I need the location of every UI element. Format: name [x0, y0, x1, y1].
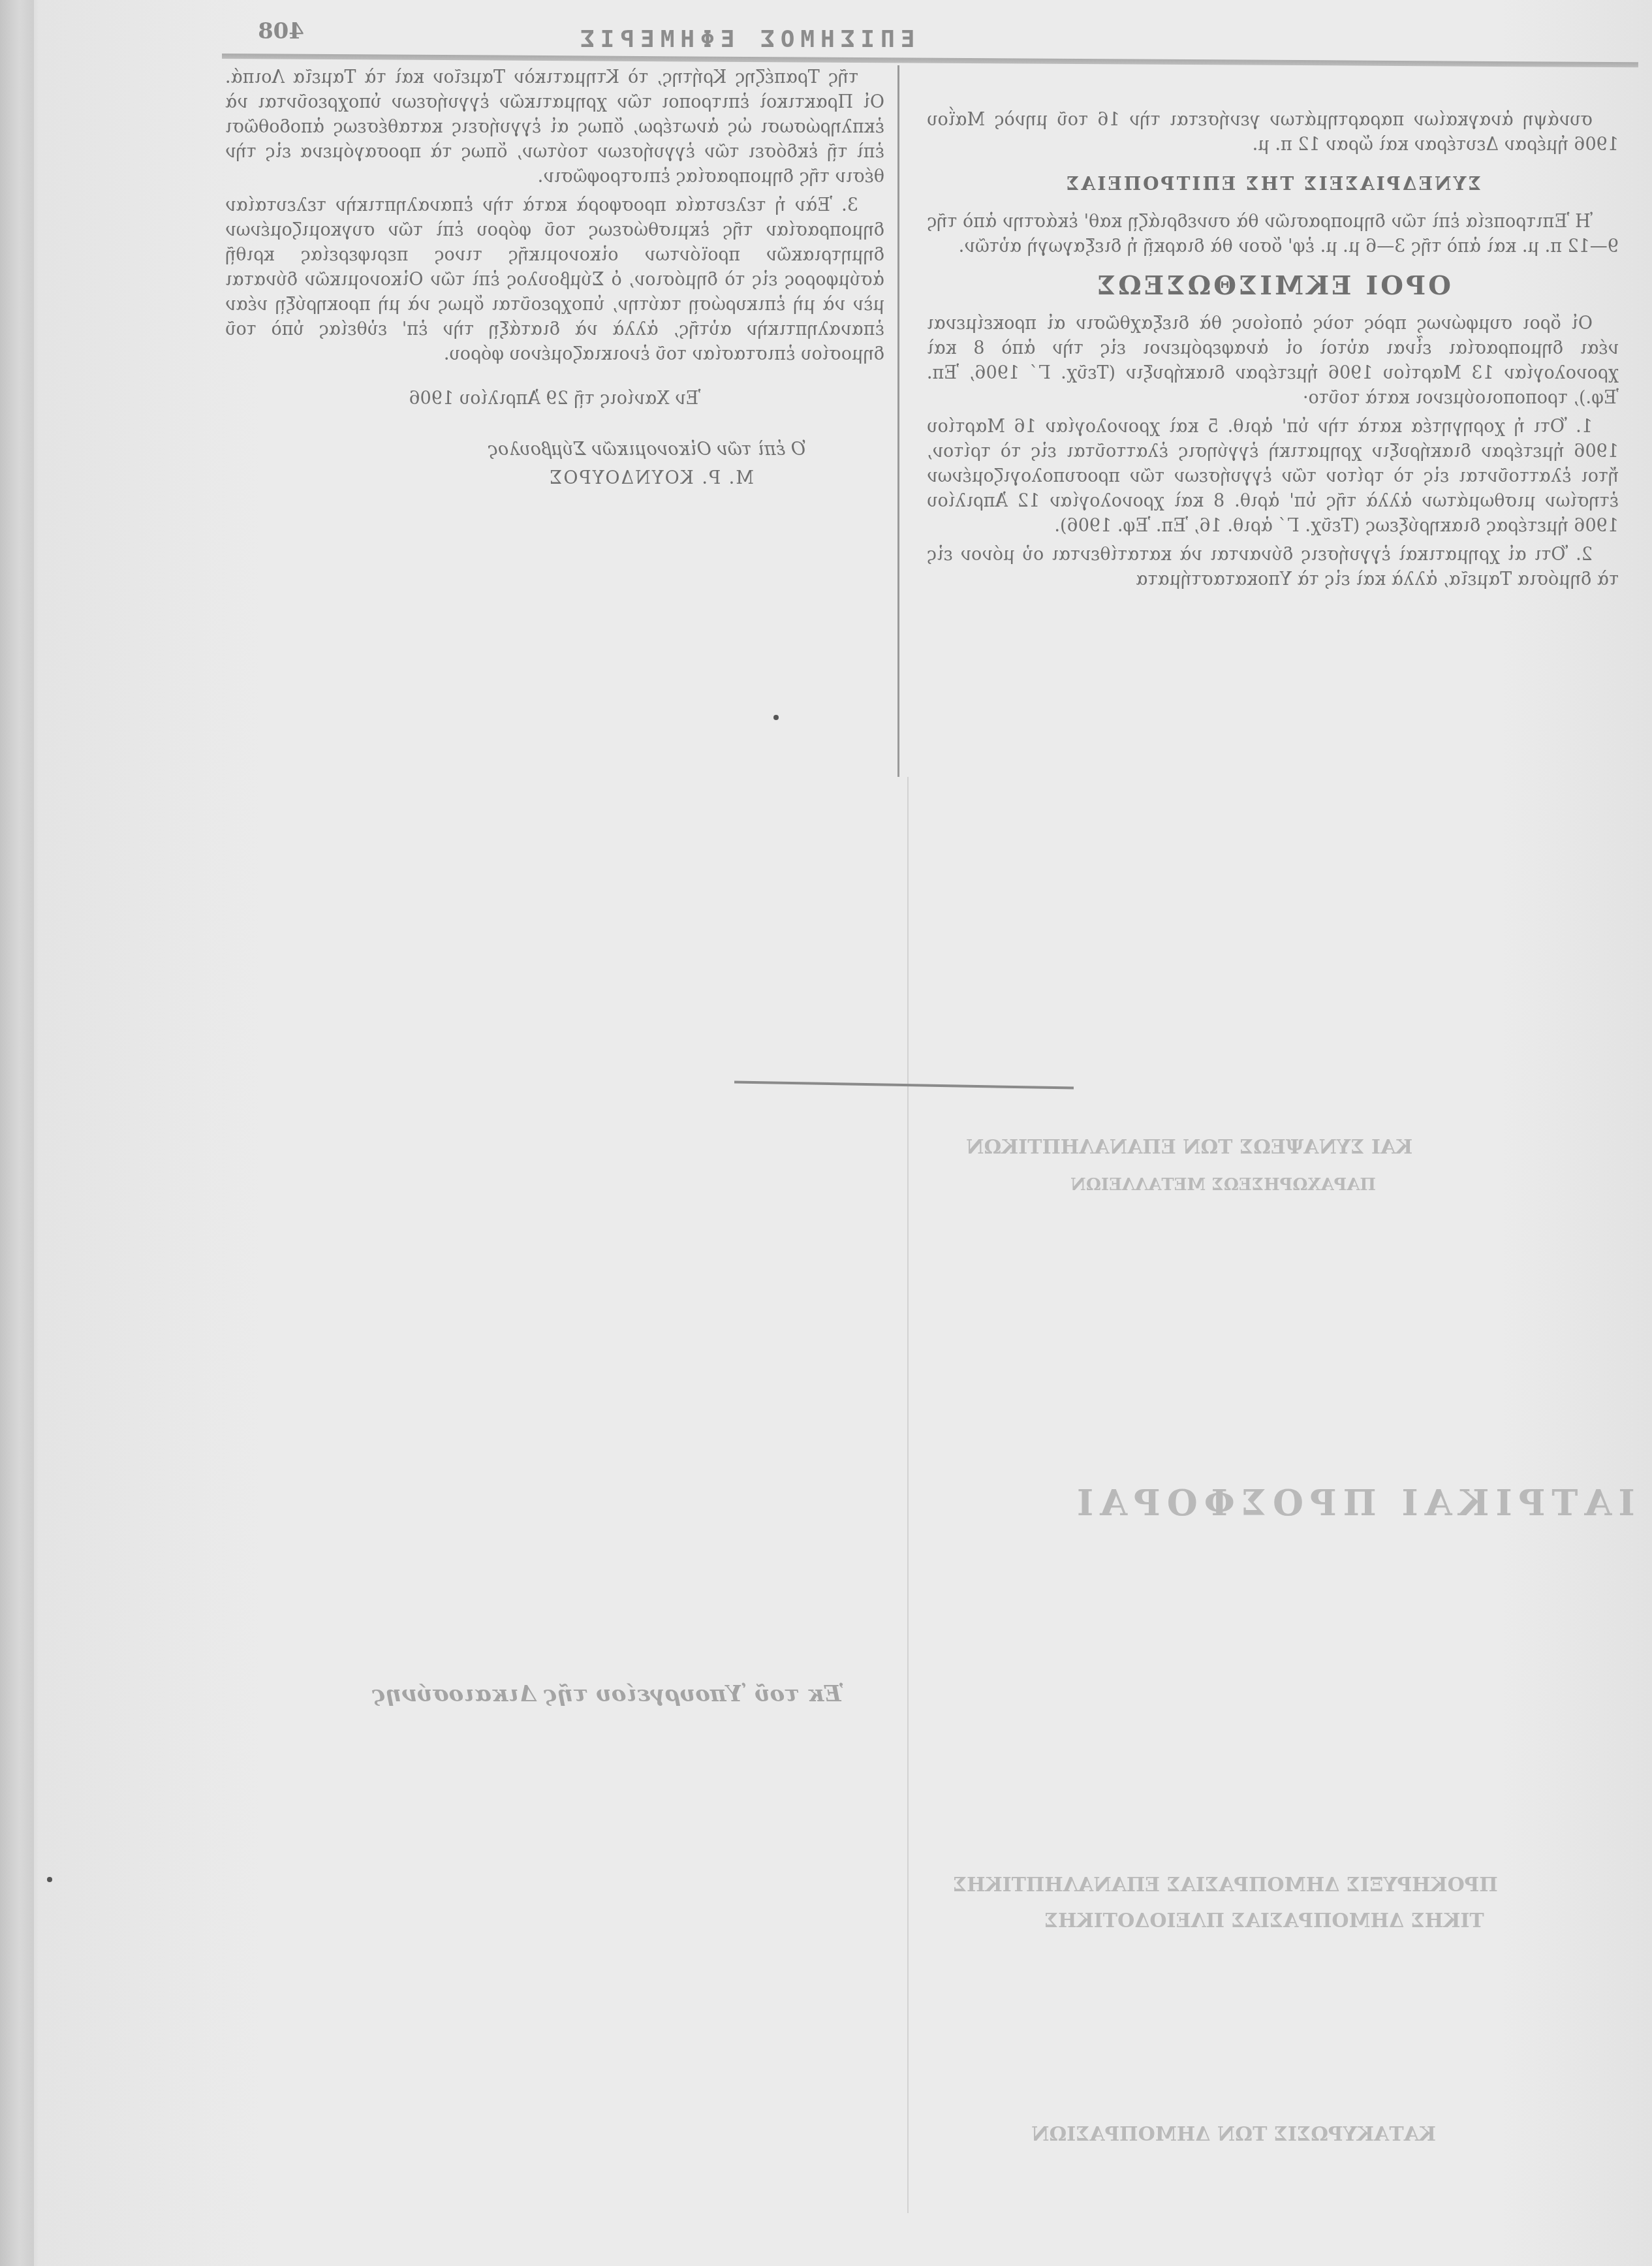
pen-stroke-mark	[734, 1080, 1074, 1089]
column-divider	[897, 65, 899, 777]
column-divider-faint	[907, 777, 909, 2213]
ink-speck	[47, 1877, 52, 1882]
ink-speck	[773, 715, 779, 720]
date-line: Ἐν Χανίοις τῇ 29 Ἀπριλίου 1906	[225, 386, 884, 411]
page-spine-shadow	[0, 0, 34, 2266]
scanned-page: 408 ΕΠΙΣΗΜΟΣ ΕΦΗΜΕΡΙΣ τῆς Τραπέζης Κρήτη…	[0, 0, 1652, 2266]
gazette-title: ΕΠΙΣΗΜΟΣ ΕΦΗΜΕΡΙΣ	[574, 26, 914, 53]
heading-lease-terms: ΟΡΟΙ ΕΚΜΙΣΘΩΣΕΩΣ	[927, 274, 1619, 298]
right-paragraph-0: συνάψη ἀναγκαίων παραρτημάτων γενήσεται …	[927, 108, 1619, 157]
right-column: συνάψη ἀναγκαίων παραρτημάτων γενήσεται …	[927, 108, 1619, 596]
bleed-heading-d: ΠΡΟΚΗΡΥΞΙΣ ΔΗΜΟΠΡΑΣΙΑΣ ΕΠΑΝΑΛΗΠΤΙΚΗΣ	[953, 1874, 1498, 1896]
right-paragraph-1: Ἡ Ἐπιτροπεία ἐπὶ τῶν δημοπρασιῶν θὰ συνε…	[927, 210, 1619, 259]
bleed-heading-a: ΚΑΙ ΣΥΝΑΨΕΩΣ ΤΩΝ ΕΠΑΝΑΛΗΠΤΙΚΩΝ	[966, 1136, 1412, 1159]
left-paragraph-2: 3. Ἐὰν ἡ τελευταία προσφορὰ κατὰ τὴν ἐπα…	[225, 193, 884, 367]
page-number: 408	[258, 18, 304, 44]
signature-name: Μ. Ρ. ΚΟΥΝΔΟΥΡΟΣ	[225, 466, 884, 491]
right-paragraph-3: 1. Ὅτι ἡ χορηγητέα κατὰ τὴν ὑπ' ἀριθ. 5 …	[927, 415, 1619, 539]
bleed-heading-c: ΙΑΤΡΙΚΑΙ ΠΡΟΣΦΟΡΑΙ	[1070, 1482, 1635, 1524]
bleed-heading-f: ΚΑΤΑΚΥΡΩΣΙΣ ΤΩΝ ΔΗΜΟΠΡΑΣΙΩΝ	[1031, 2123, 1436, 2146]
signature-role: Ὁ ἐπὶ τῶν Οἰκονομικῶν Σύμβουλος	[225, 437, 884, 462]
right-paragraph-4: 2. Ὅτι αἱ χρηματικαὶ ἐγγυήσεις δύνανται …	[927, 543, 1619, 592]
bleed-heading-b: ΠΑΡΑΧΩΡΗΣΕΩΣ ΜΕΤΑΛΛΕΙΩΝ	[1070, 1175, 1376, 1195]
bleed-ministry-title: Ἐκ τοῦ Ὑπουργείου τῆς Δικαιοσύνης	[372, 1681, 845, 1707]
left-column: τῆς Τραπέζης Κρήτης, τὸ Κτηματικὸν Ταμεῖ…	[225, 65, 884, 495]
right-paragraph-2: Οἱ ὅροι συμφώνως πρὸς τοὺς ὁποίους θὰ δι…	[927, 311, 1619, 411]
left-paragraph-1: τῆς Τραπέζης Κρήτης, τὸ Κτηματικὸν Ταμεῖ…	[225, 65, 884, 189]
heading-committee-sessions: ΣΥΝΕΔΡΙΑΣΕΙΣ ΤΗΣ ΕΠΙΤΡΟΠΕΙΑΣ	[927, 172, 1619, 197]
bleed-heading-e: ΤΙΚΗΣ ΔΗΜΟΠΡΑΣΙΑΣ ΠΛΕΙΟΔΟΤΙΚΗΣ	[1044, 1910, 1484, 1932]
